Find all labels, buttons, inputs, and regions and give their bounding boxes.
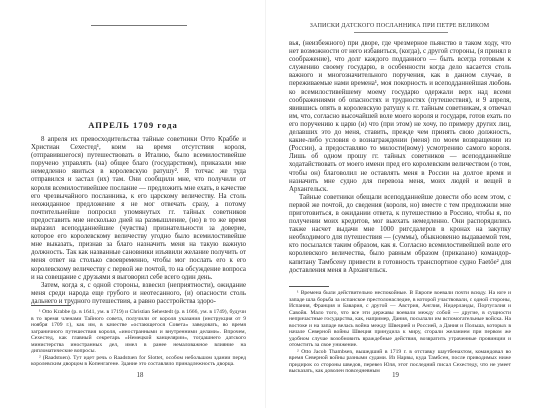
header-rule bbox=[91, 25, 187, 26]
paragraph: вья, (неизбежного) при дворе, где чрезме… bbox=[289, 40, 511, 194]
paragraph: Затем, когда я, с одной стороны, взвесил… bbox=[31, 282, 246, 306]
right-footnotes: ¹ Времена были действительно неспокойные… bbox=[289, 290, 511, 375]
page-number: 19 bbox=[262, 372, 529, 379]
left-body-text: 8 апреля их превосходительства тайные со… bbox=[31, 136, 246, 306]
running-head: ЗАПИСКИ ДАТСКОГО ПОСЛАННИКА ПРИ ПЕТРЕ ВЕ… bbox=[266, 22, 533, 29]
footnote-rule bbox=[31, 305, 71, 306]
left-footnotes: ¹ Otto Krabbe (р. в 1641, ум. в 1719) и … bbox=[31, 309, 246, 368]
footnote: ¹ Otto Krabbe (р. в 1641, ум. в 1719) и … bbox=[31, 309, 246, 355]
running-head-rule bbox=[354, 32, 448, 33]
footnote: ² Otto Jacob Thambsen, вышедший в 1719 г… bbox=[289, 349, 511, 375]
chapter-title: АПРЕЛЬ 1709 года bbox=[0, 120, 266, 130]
footnote: ¹ Времена были действительно неспокойные… bbox=[289, 290, 511, 349]
right-page: ЗАПИСКИ ДАТСКОГО ПОСЛАННИКА ПРИ ПЕТРЕ ВЕ… bbox=[266, 0, 533, 408]
page-number: 18 bbox=[7, 372, 273, 379]
left-page: АПРЕЛЬ 1709 года 8 апреля их превосходит… bbox=[0, 0, 266, 408]
paragraph: 8 апреля их превосходительства тайные со… bbox=[31, 136, 246, 282]
footnote: ² (Raadstuen). Тут идет речь о Raadstuen… bbox=[31, 355, 246, 368]
right-body-text: вья, (неизбежного) при дворе, где чрезме… bbox=[289, 40, 511, 275]
paragraph: Тайные советники обещали всеподданнейше … bbox=[289, 194, 511, 275]
footnote-rule bbox=[289, 286, 329, 287]
